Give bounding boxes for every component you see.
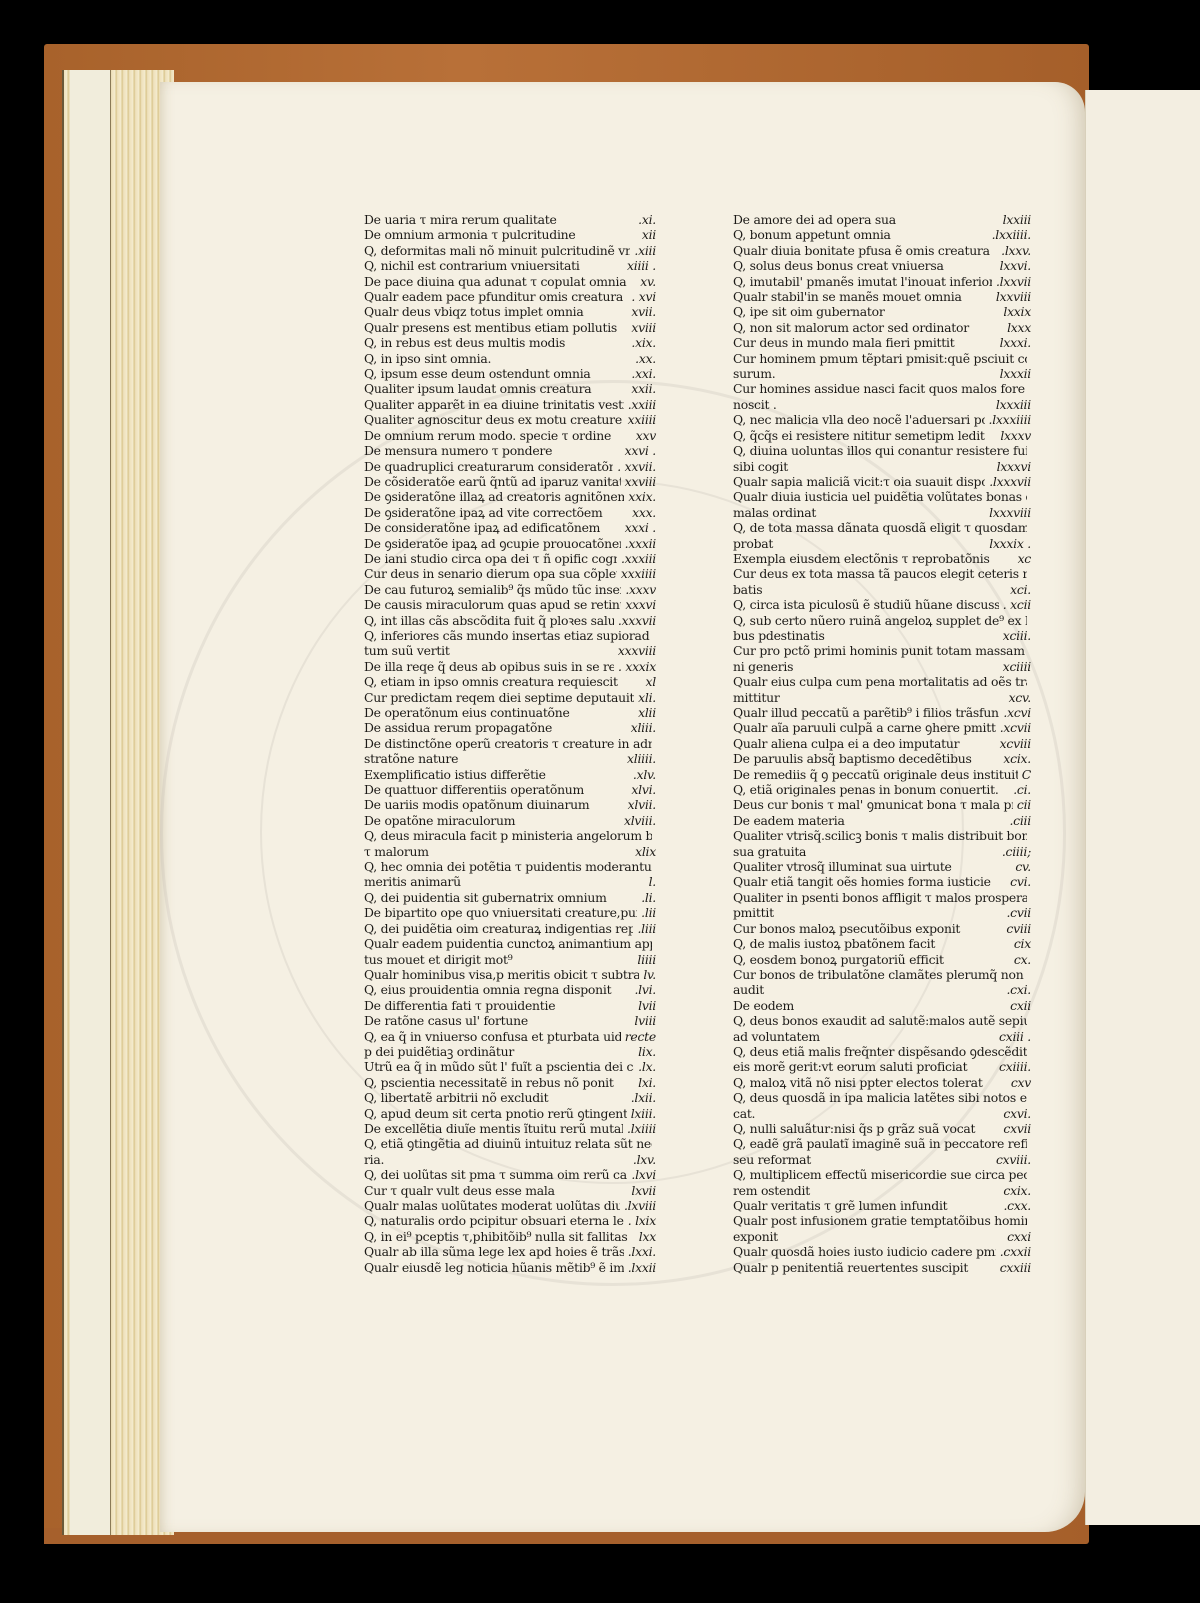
index-entry: Qualiter vtrosq̃ illuminat sua uirtutecv… <box>733 859 1031 874</box>
index-entry: Q, de malis iustoꝝ pbatõnem facitcix <box>733 936 1031 951</box>
entry-title: De mensura numero τ pondere <box>364 443 621 458</box>
entry-chapter-number: lxx <box>635 1229 656 1244</box>
entry-title: Q, hec omnia dei potẽtia τ puidentis mod… <box>364 859 652 874</box>
entry-chapter-number: .lxxii <box>624 1260 656 1275</box>
entry-chapter-number: lxxxv <box>996 428 1031 443</box>
index-entry: pmittit.cvii <box>733 905 1031 920</box>
entry-chapter-number: cxviii. <box>992 1152 1031 1167</box>
entry-chapter-number: xxix. <box>624 489 656 504</box>
entry-title: De excellẽtia diuĩe mentis ĩtuitu rerũ m… <box>364 1121 623 1136</box>
index-entry: Q, deus quosdã in ipa malicia latẽtes si… <box>733 1090 1031 1105</box>
entry-chapter-number <box>1027 489 1031 504</box>
entry-title: eis morẽ gerit:vt eorum saluti proficiat <box>733 1059 995 1074</box>
entry-chapter-number: .cvii <box>1002 905 1031 920</box>
index-entry: Q, sub certo nũero ruinã angeloꝝ supplet… <box>733 613 1031 628</box>
index-entry: Qualr presens est mentibus etiam polluti… <box>364 320 656 335</box>
entry-title: Q, ipsum esse deum ostendunt omnia <box>364 366 627 381</box>
entry-chapter-number <box>1027 1044 1031 1059</box>
entry-title: Q, in rebus est deus multis modis <box>364 335 627 350</box>
entry-title: Qualr quosdã hoies iusto iudicio cadere … <box>733 1244 996 1259</box>
index-entry: audit.cxi. <box>733 982 1031 997</box>
index-entry: Cur deus ex tota massa tã paucos elegit … <box>733 566 1031 581</box>
entry-chapter-number: recte <box>621 1029 656 1044</box>
entry-title: Q, q̃cq̃s ei resistere nititur semetipm … <box>733 428 996 443</box>
entry-title: p dei puidẽtiaꝫ ordinãtur <box>364 1044 634 1059</box>
index-entry: Q, deus etiã malis freq̃nter dispẽsando … <box>733 1044 1031 1059</box>
index-entry: Q, eius prouidentia omnia regna disponit… <box>364 982 656 997</box>
index-entry: Q, dei uolũtas sit pma τ summa oim rerũ … <box>364 1167 656 1182</box>
entry-chapter-number: . lxix <box>624 1213 656 1228</box>
index-entry: Q, dei puidentia sit gubernatrix omnium.… <box>364 890 656 905</box>
index-entry: Cur bonos maloꝝ psecutõibus exponitcviii <box>733 921 1031 936</box>
entry-chapter-number <box>1027 443 1031 458</box>
entry-chapter-number: lv. <box>639 967 656 982</box>
index-entry: De quadruplici creaturarum consideratõne… <box>364 459 656 474</box>
index-entry: Qualr aĩa paruuli culpã a carne ꝯhere pm… <box>733 720 1031 735</box>
index-entry: De ꝯsideratõne illaꝝ ad creatoris agnitõ… <box>364 489 656 504</box>
entry-chapter-number: cxxiii <box>996 1260 1031 1275</box>
index-entry: tus mouet et dirigit mot⁹liiii <box>364 952 656 967</box>
entry-chapter-number: xii <box>638 227 656 242</box>
index-entry: Qualr diuia bonitate pfusa ẽ omis creatu… <box>733 243 1031 258</box>
index-entry: batisxci. <box>733 582 1031 597</box>
index-entry: p dei puidẽtiaꝫ ordinãturlix. <box>364 1044 656 1059</box>
entry-title: meritis animarũ <box>364 874 645 889</box>
index-entry: Q, apud deum sit certa pnotio rerũ ꝯting… <box>364 1106 656 1121</box>
index-entry: τ malorumxlix <box>364 844 656 859</box>
entry-chapter-number <box>1027 613 1031 628</box>
entry-chapter-number: xxxviii <box>614 643 656 658</box>
index-entry: De cõsideratõe earũ q̃ntũ ad iparuz vani… <box>364 474 656 489</box>
entry-title: Cur deus ex tota massa tã paucos elegit … <box>733 566 1027 581</box>
entry-title: tum suũ vertit <box>364 643 614 658</box>
index-entry: Q, deus miracula facit p ministeria ange… <box>364 828 656 843</box>
index-entry: De ꝯsideratõne ipaꝝ ad vite correctõemxx… <box>364 505 656 520</box>
entry-title: noscit . <box>733 397 992 412</box>
entry-title: seu reformat <box>733 1152 992 1167</box>
index-entry: Qualr sapia maliciã vicit:τ oia suauit d… <box>733 474 1031 489</box>
entry-chapter-number: . xvi <box>627 289 656 304</box>
entry-title: Q, apud deum sit certa pnotio rerũ ꝯting… <box>364 1106 627 1121</box>
index-entry: Q, dei puidẽtia oim creaturaꝝ indigentia… <box>364 921 656 936</box>
entry-title: De consideratõne ipaꝝ ad edificatõnem <box>364 520 621 535</box>
index-entry: De distinctõne operũ creatoris τ creatur… <box>364 736 656 751</box>
index-entry: De eadem materia.ciii <box>733 813 1031 828</box>
entry-title: malas ordinat <box>733 505 985 520</box>
entry-chapter-number: .xx. <box>631 351 656 366</box>
entry-chapter-number: .xix. <box>627 335 656 350</box>
entry-chapter-number <box>1027 890 1031 905</box>
entry-title: Qualr eiusdẽ leg noticia hũanis mẽtib⁹ ẽ… <box>364 1260 624 1275</box>
entry-title: rem ostendit <box>733 1183 999 1198</box>
index-entry: De omnium armonia τ pulcritudinexii <box>364 227 656 242</box>
entry-title: audit <box>733 982 1002 997</box>
entry-title: Q, dei puidentia sit gubernatrix omnium <box>364 890 637 905</box>
index-entry: Q, de tota massa dãnata quosdã eligit τ … <box>733 520 1031 535</box>
entry-chapter-number <box>1027 643 1031 658</box>
entry-title: De remediis q̃ ꝯ peccatũ originale deus … <box>733 767 1018 782</box>
index-entry: Q, nichil est contrarium vniuersitatixii… <box>364 258 656 273</box>
entry-chapter-number: .lxxi. <box>624 1244 656 1259</box>
entry-title: pmittit <box>733 905 1002 920</box>
index-entry: Qualr eius culpa cum pena mortalitatis a… <box>733 674 1031 689</box>
entry-chapter-number: xvii. <box>627 304 656 319</box>
entry-title: Q, etiam in ipso omnis creatura requiesc… <box>364 674 642 689</box>
index-entry: De amore dei ad opera sualxxiii <box>733 212 1031 227</box>
entry-chapter-number: xlvii. <box>624 797 656 812</box>
index-entry: De cau futuroꝝ semialib⁹ q̃s mũdo tũc in… <box>364 582 656 597</box>
entry-title: Q, libertatẽ arbitrii nõ excludit <box>364 1090 627 1105</box>
index-entry: Qualr quosdã hoies iusto iudicio cadere … <box>733 1244 1031 1259</box>
entry-chapter-number: . xxvii. <box>613 459 656 474</box>
entry-title: Cur predictam reqem diei septime deputau… <box>364 690 634 705</box>
index-entry: Qualr eadem pace pfunditur omis creatura… <box>364 289 656 304</box>
entry-chapter-number <box>1027 967 1031 982</box>
index-entry: Cur bonos de tribulatõne clamãtes plerum… <box>733 967 1031 982</box>
entry-title: Q, diuina uoluntas illos qui conantur re… <box>733 443 1027 458</box>
entry-chapter-number: xxii. <box>627 381 656 396</box>
index-entry: rem ostenditcxix. <box>733 1183 1031 1198</box>
entry-chapter-number: lxi. <box>634 1075 656 1090</box>
entry-title: De eadem materia <box>733 813 1005 828</box>
entry-title: probat <box>733 536 985 551</box>
index-entry: stratõne naturexliiii. <box>364 751 656 766</box>
entry-title: Qualr etiã tangit oẽs homies forma iusti… <box>733 874 1006 889</box>
index-entry: Cur deus in senario dierum opa sua cõple… <box>364 566 656 581</box>
index-entry: Q, inferiores cãs mundo insertas etiaz s… <box>364 628 656 643</box>
index-entry: Q, in ei⁹ pceptis τ,phibitõib⁹ nulla sit… <box>364 1229 656 1244</box>
entry-chapter-number <box>652 936 656 951</box>
entry-title: Qualr ab illa sũma lege lex apd hoies ẽ … <box>364 1244 624 1259</box>
entry-title: tus mouet et dirigit mot⁹ <box>364 952 633 967</box>
entry-chapter-number: .lii <box>637 905 656 920</box>
entry-title: Qualr stabil'in se manẽs mouet omnia <box>733 289 992 304</box>
index-entry: Q, hec omnia dei potẽtia τ puidentis mod… <box>364 859 656 874</box>
entry-title: Q, deus quosdã in ipa malicia latẽtes si… <box>733 1090 1027 1105</box>
entry-title: De omnium rerum modo. specie τ ordine <box>364 428 632 443</box>
entry-chapter-number: xlii <box>634 705 656 720</box>
entry-title: Q, etiã originales penas in bonum conuer… <box>733 782 1009 797</box>
index-entry: De opatõne miraculorumxlviii. <box>364 813 656 828</box>
entry-title: Q, eosdem bonoꝝ purgatoriũ efficit <box>733 952 1010 967</box>
entry-chapter-number <box>1027 1213 1031 1228</box>
index-entry: Qualr hominibus visa,p meritis obicit τ … <box>364 967 656 982</box>
entry-chapter-number: C <box>1018 767 1031 782</box>
entry-chapter-number: .xcvii <box>996 720 1031 735</box>
index-entry: Cur deus in mundo mala fieri pmittitlxxx… <box>733 335 1031 350</box>
entry-title: De cau futuroꝝ semialib⁹ q̃s mũdo tũc in… <box>364 582 621 597</box>
index-entry: De causis miraculorum quas apud se retin… <box>364 597 656 612</box>
entry-title: Q, deformitas mali nõ minuit pulcritudin… <box>364 243 630 258</box>
entry-chapter-number: xc <box>1014 551 1031 566</box>
index-entry: ad voluntatemcxiii . <box>733 1029 1031 1044</box>
entry-title: De assidua rerum propagatõne <box>364 720 627 735</box>
entry-title: Q, maloꝝ vitã nõ nisi ppter electos tole… <box>733 1075 1007 1090</box>
entry-chapter-number: lxxxiii <box>992 397 1031 412</box>
index-entry: Q, solus deus bonus creat vniuersalxxvi. <box>733 258 1031 273</box>
entry-title: ad voluntatem <box>733 1029 995 1044</box>
entry-chapter-number: .xcvi <box>999 705 1031 720</box>
index-entry: De ꝯsideratõe ipaꝝ ad ꝯcupie prouocatõne… <box>364 536 656 551</box>
entry-title: Q, pscientia necessitatẽ in rebus nõ pon… <box>364 1075 634 1090</box>
entry-title: De operatõnum eius continuatõne <box>364 705 634 720</box>
entry-title: De differentia fati τ prouidentie <box>364 998 634 1013</box>
entry-title: Q, deus bonos exaudit ad salutẽ:malos au… <box>733 1013 1027 1028</box>
entry-title: Qualr eadem puidentia cunctoꝝ animantium… <box>364 936 652 951</box>
entry-chapter-number <box>652 828 656 843</box>
entry-chapter-number: cv. <box>1011 859 1031 874</box>
index-entry: Q, q̃cq̃s ei resistere nititur semetipm … <box>733 428 1031 443</box>
index-entry: probatlxxxix . <box>733 536 1031 551</box>
index-entry: De mensura numero τ ponderexxvi . <box>364 443 656 458</box>
entry-title: Qualiter apparẽt in ea diuine trinitatis… <box>364 397 624 412</box>
entry-chapter-number: .lxiiii <box>623 1121 656 1136</box>
entry-title: τ malorum <box>364 844 631 859</box>
index-entry: Q, nulli saluãtur:nisi q̃s p grãz suã vo… <box>733 1121 1031 1136</box>
entry-chapter-number: .lxvi <box>627 1167 656 1182</box>
index-entry: Q, etiã ꝯtingẽtia ad diuinũ intuituz rel… <box>364 1136 656 1151</box>
entry-title: Deus cur bonis τ mal' ꝯmunicat bona τ ma… <box>733 797 1013 812</box>
entry-chapter-number: lxxx <box>1003 320 1031 335</box>
entry-title: ni generis <box>733 659 999 674</box>
entry-title: Q, bonum appetunt omnia <box>733 227 988 242</box>
entry-chapter-number: .liii <box>633 921 656 936</box>
entry-title: Q, sub certo nũero ruinã angeloꝝ supplet… <box>733 613 1027 628</box>
entry-title: sibi cogit <box>733 459 993 474</box>
entry-title: Q, dei puidẽtia oim creaturaꝝ indigentia… <box>364 921 633 936</box>
entry-title: De uariis modis opatõnum diuinarum <box>364 797 624 812</box>
entry-chapter-number: lxxxi. <box>996 335 1031 350</box>
entry-chapter-number: .lxii. <box>627 1090 656 1105</box>
index-entry: Qualr malas uolũtates moderat uolũtas di… <box>364 1198 656 1213</box>
entry-chapter-number: .lvi. <box>630 982 656 997</box>
entry-title: Q, deus miracula facit p ministeria ange… <box>364 828 652 843</box>
entry-chapter-number <box>1027 381 1031 396</box>
entry-title: De distinctõne operũ creatoris τ creatur… <box>364 736 652 751</box>
entry-title: stratõne nature <box>364 751 623 766</box>
index-entry: mittiturxcv. <box>733 690 1031 705</box>
index-entry: sua gratuita.ciiii; <box>733 844 1031 859</box>
index-entry: De iani studio circa opa dei τ ñ opific … <box>364 551 656 566</box>
entry-chapter-number: liiii <box>633 952 656 967</box>
entry-chapter-number: .lxviii <box>620 1198 656 1213</box>
entry-chapter-number: xci. <box>1006 582 1031 597</box>
index-entry: De differentia fati τ prouidentielvii <box>364 998 656 1013</box>
entry-title: De paruulis absq̃ baptismo decedẽtibus <box>733 751 999 766</box>
entry-title: Q, ipe sit oim gubernator <box>733 304 999 319</box>
entry-title: Qualiter vtrisq̃.scilicꝫ bonis τ malis d… <box>733 828 1027 843</box>
entry-title: Q, eius prouidentia omnia regna disponit <box>364 982 630 997</box>
index-entry: De bipartito ope quo vniuersitati creatu… <box>364 905 656 920</box>
entry-title: Qualr presens est mentibus etiam polluti… <box>364 320 627 335</box>
entry-chapter-number: .xi. <box>634 212 656 227</box>
index-entry: De uariis modis opatõnum diuinarumxlvii. <box>364 797 656 812</box>
entry-title: Q, nichil est contrarium vniuersitati <box>364 258 623 273</box>
entry-chapter-number: cxiiii. <box>995 1059 1031 1074</box>
entry-title: ria. <box>364 1152 629 1167</box>
index-entry: Q, bonum appetunt omnia.lxxiiii. <box>733 227 1031 242</box>
entry-title: mittitur <box>733 690 1005 705</box>
entry-title: exponit <box>733 1229 1003 1244</box>
entry-chapter-number: .xlv. <box>629 767 656 782</box>
index-entry: Deus cur bonis τ mal' ꝯmunicat bona τ ma… <box>733 797 1031 812</box>
index-entry: Exempla eiusdem electõnis τ reprobatõnis… <box>733 551 1031 566</box>
entry-title: Cur hominem pmum tẽptari pmisit:quẽ psci… <box>733 351 1027 366</box>
entry-chapter-number: xliiii. <box>623 751 656 766</box>
index-entry: De ratõne casus ul' fortunelviii <box>364 1013 656 1028</box>
index-entry: Q, deformitas mali nõ minuit pulcritudin… <box>364 243 656 258</box>
index-entry: Q, etiã originales penas in bonum conuer… <box>733 782 1031 797</box>
index-entry: Q, ipsum esse deum ostendunt omnia.xxi. <box>364 366 656 381</box>
entry-title: surum. <box>733 366 996 381</box>
index-entry: Cur τ qualr vult deus esse malalxvii <box>364 1183 656 1198</box>
index-entry: malas ordinatlxxxviii <box>733 505 1031 520</box>
entry-title: Qualr diuia bonitate pfusa ẽ omis creatu… <box>733 243 997 258</box>
entry-title: Utrũ ea q̃ in mũdo sũt l' fuĩt a pscient… <box>364 1059 634 1074</box>
entry-title: De eodem <box>733 998 1006 1013</box>
entry-title: Cur pro pctõ primi hominis punit totam m… <box>733 643 1027 658</box>
entry-title: sua gratuita <box>733 844 998 859</box>
entry-chapter-number: .cxxii <box>996 1244 1031 1259</box>
entry-chapter-number <box>1027 566 1031 581</box>
entry-title: Q, inferiores cãs mundo insertas etiaz s… <box>364 628 652 643</box>
entry-title: Qualr eius culpa cum pena mortalitatis a… <box>733 674 1027 689</box>
index-entry: Q, etiam in ipso omnis creatura requiesc… <box>364 674 656 689</box>
entry-chapter-number: xxiiii <box>624 412 656 427</box>
entry-title: Qualr malas uolũtates moderat uolũtas di… <box>364 1198 620 1213</box>
entry-chapter-number: .xiii <box>630 243 656 258</box>
index-entry: De consideratõne ipaꝝ ad edificatõnemxxx… <box>364 520 656 535</box>
entry-title: batis <box>733 582 1006 597</box>
index-entry: Qualr stabil'in se manẽs mouet omnialxxv… <box>733 289 1031 304</box>
entry-title: Q, nulli saluãtur:nisi q̃s p grãz suã vo… <box>733 1121 999 1136</box>
entry-chapter-number: lxxxvi <box>993 459 1031 474</box>
entry-title: cat. <box>733 1106 999 1121</box>
entry-chapter-number: .cxi. <box>1002 982 1031 997</box>
index-entry: Q, diuina uoluntas illos qui conantur re… <box>733 443 1031 458</box>
entry-title: Qualiter vtrosq̃ illuminat sua uirtute <box>733 859 1011 874</box>
entry-title: Qualiter agnoscitur deus ex motu creatur… <box>364 412 624 427</box>
entry-chapter-number: .lxxv. <box>997 243 1031 258</box>
entry-chapter-number: .ciiii; <box>998 844 1031 859</box>
entry-chapter-number: lxiii. <box>627 1106 656 1121</box>
entry-chapter-number: cxiii . <box>995 1029 1031 1044</box>
entry-chapter-number <box>1027 1167 1031 1182</box>
entry-chapter-number: lxxiii <box>999 212 1031 227</box>
entry-title: Qualiter ipsum laudat omnis creatura <box>364 381 627 396</box>
entry-title: De pace diuina qua adunat τ copulat omni… <box>364 274 636 289</box>
index-entry: Q, ea q̃ in vniuerso confusa et pturbata… <box>364 1029 656 1044</box>
entry-title: De opatõne miraculorum <box>364 813 620 828</box>
entry-chapter-number: xcviii <box>996 736 1031 751</box>
index-entry: De operatõnum eius continuatõnexlii <box>364 705 656 720</box>
index-entry: Qualr illud peccatũ a parẽtib⁹ i filios … <box>733 705 1031 720</box>
entry-title: Q, nec malicia vlla deo nocẽ l'aduersari… <box>733 412 985 427</box>
entry-title: De ratõne casus ul' fortune <box>364 1013 630 1028</box>
entry-title: Cur τ qualr vult deus esse mala <box>364 1183 627 1198</box>
entry-title: Q, etiã ꝯtingẽtia ad diuinũ intuituz rel… <box>364 1136 652 1151</box>
entry-title: Qualr aĩa paruuli culpã a carne ꝯhere pm… <box>733 720 996 735</box>
index-entry: Q, deus bonos exaudit ad salutẽ:malos au… <box>733 1013 1031 1028</box>
index-entry: Q, in rebus est deus multis modis.xix. <box>364 335 656 350</box>
entry-chapter-number <box>1027 520 1031 535</box>
entry-chapter-number: .cxx. <box>999 1198 1031 1213</box>
entry-chapter-number: . xcii <box>999 597 1031 612</box>
entry-chapter-number: lviii <box>630 1013 656 1028</box>
entry-chapter-number: lxxxix . <box>985 536 1031 551</box>
index-entry: eis morẽ gerit:vt eorum saluti proficiat… <box>733 1059 1031 1074</box>
entry-chapter-number <box>1027 828 1031 843</box>
entry-chapter-number: .xxxiii <box>617 551 656 566</box>
index-entry: Q, naturalis ordo pcipitur obsuari etern… <box>364 1213 656 1228</box>
entry-chapter-number: lxxxii <box>996 366 1031 381</box>
entry-chapter-number: xxv <box>632 428 656 443</box>
index-entry: De assidua rerum propagatõnexliii. <box>364 720 656 735</box>
index-entry: Q, nec malicia vlla deo nocẽ l'aduersari… <box>733 412 1031 427</box>
entry-title: Cur deus in mundo mala fieri pmittit <box>733 335 996 350</box>
entry-title: Cur deus in senario dierum opa sua cõple… <box>364 566 617 581</box>
index-entry: De illa reqe q̃ deus ab opibus suis in s… <box>364 659 656 674</box>
entry-title: Cur bonos maloꝝ psecutõibus exponit <box>733 921 1002 936</box>
index-entry: Q, maloꝝ vitã nõ nisi ppter electos tole… <box>733 1075 1031 1090</box>
entry-chapter-number <box>652 1136 656 1151</box>
index-entry: Q, imutabil' pmanẽs imutat l'inouat infe… <box>733 274 1031 289</box>
entry-title: Q, naturalis ordo pcipitur obsuari etern… <box>364 1213 624 1228</box>
entry-chapter-number: cxvi. <box>999 1106 1031 1121</box>
entry-chapter-number: cxvii <box>999 1121 1031 1136</box>
index-entry: Q, non sit malorum actor sed ordinatorlx… <box>733 320 1031 335</box>
entry-chapter-number <box>1027 351 1031 366</box>
entry-chapter-number: lxvii <box>627 1183 656 1198</box>
entry-title: Q, dei uolũtas sit pma τ summa oim rerũ … <box>364 1167 627 1182</box>
index-entry: Qualr p penitentiã reuertentes suscipitc… <box>733 1260 1031 1275</box>
entry-title: Q, in ipso sint omnia. <box>364 351 631 366</box>
entry-chapter-number: .li. <box>637 890 656 905</box>
index-entry: Qualr eiusdẽ leg noticia hũanis mẽtib⁹ ẽ… <box>364 1260 656 1275</box>
entry-chapter-number: xcv. <box>1005 690 1031 705</box>
index-entry: Q, eadẽ grã paulatĩ imaginẽ suã in pecca… <box>733 1136 1031 1151</box>
entry-chapter-number: lxxviii <box>992 289 1031 304</box>
entry-chapter-number <box>1027 1136 1031 1151</box>
entry-title: De quattuor differentiis operatõnum <box>364 782 627 797</box>
index-entry: surum.lxxxii <box>733 366 1031 381</box>
entry-title: Q, ea q̃ in vniuerso confusa et pturbata… <box>364 1029 621 1044</box>
entry-chapter-number: xciii. <box>999 628 1031 643</box>
entry-title: Q, eadẽ grã paulatĩ imaginẽ suã in pecca… <box>733 1136 1027 1151</box>
entry-title: Q, de tota massa dãnata quosdã eligit τ … <box>733 520 1027 535</box>
entry-title: Qualr p penitentiã reuertentes suscipit <box>733 1260 996 1275</box>
index-entry: Cur pro pctõ primi hominis punit totam m… <box>733 643 1031 658</box>
entry-chapter-number <box>1027 674 1031 689</box>
entry-chapter-number: .lxxvii <box>992 274 1031 289</box>
index-entry: De remediis q̃ ꝯ peccatũ originale deus … <box>733 767 1031 782</box>
index-entry: Q, libertatẽ arbitrii nõ excludit.lxii. <box>364 1090 656 1105</box>
index-entry: Q, circa ista piculosũ ẽ studiũ hũane di… <box>733 597 1031 612</box>
entry-chapter-number: lxxix <box>999 304 1031 319</box>
index-entry: De paruulis absq̃ baptismo decedẽtibusxc… <box>733 751 1031 766</box>
index-entry: Exemplificatio istius differẽtie.xlv. <box>364 767 656 782</box>
entry-chapter-number: lvii <box>634 998 656 1013</box>
index-entry: Q, int illas cãs abscõdita fuit q̃ ploꝛe… <box>364 613 656 628</box>
entry-chapter-number: xxviii <box>621 474 656 489</box>
index-entry: De omnium rerum modo. specie τ ordinexxv <box>364 428 656 443</box>
entry-chapter-number: xli. <box>634 690 656 705</box>
index-entry: Qualiter vtrisq̃.scilicꝫ bonis τ malis d… <box>733 828 1031 843</box>
entry-chapter-number: xlvi. <box>627 782 656 797</box>
index-entry: seu reformatcxviii. <box>733 1152 1031 1167</box>
entry-title: Cur bonos de tribulatõne clamãtes plerum… <box>733 967 1027 982</box>
entry-chapter-number: xliii. <box>627 720 656 735</box>
